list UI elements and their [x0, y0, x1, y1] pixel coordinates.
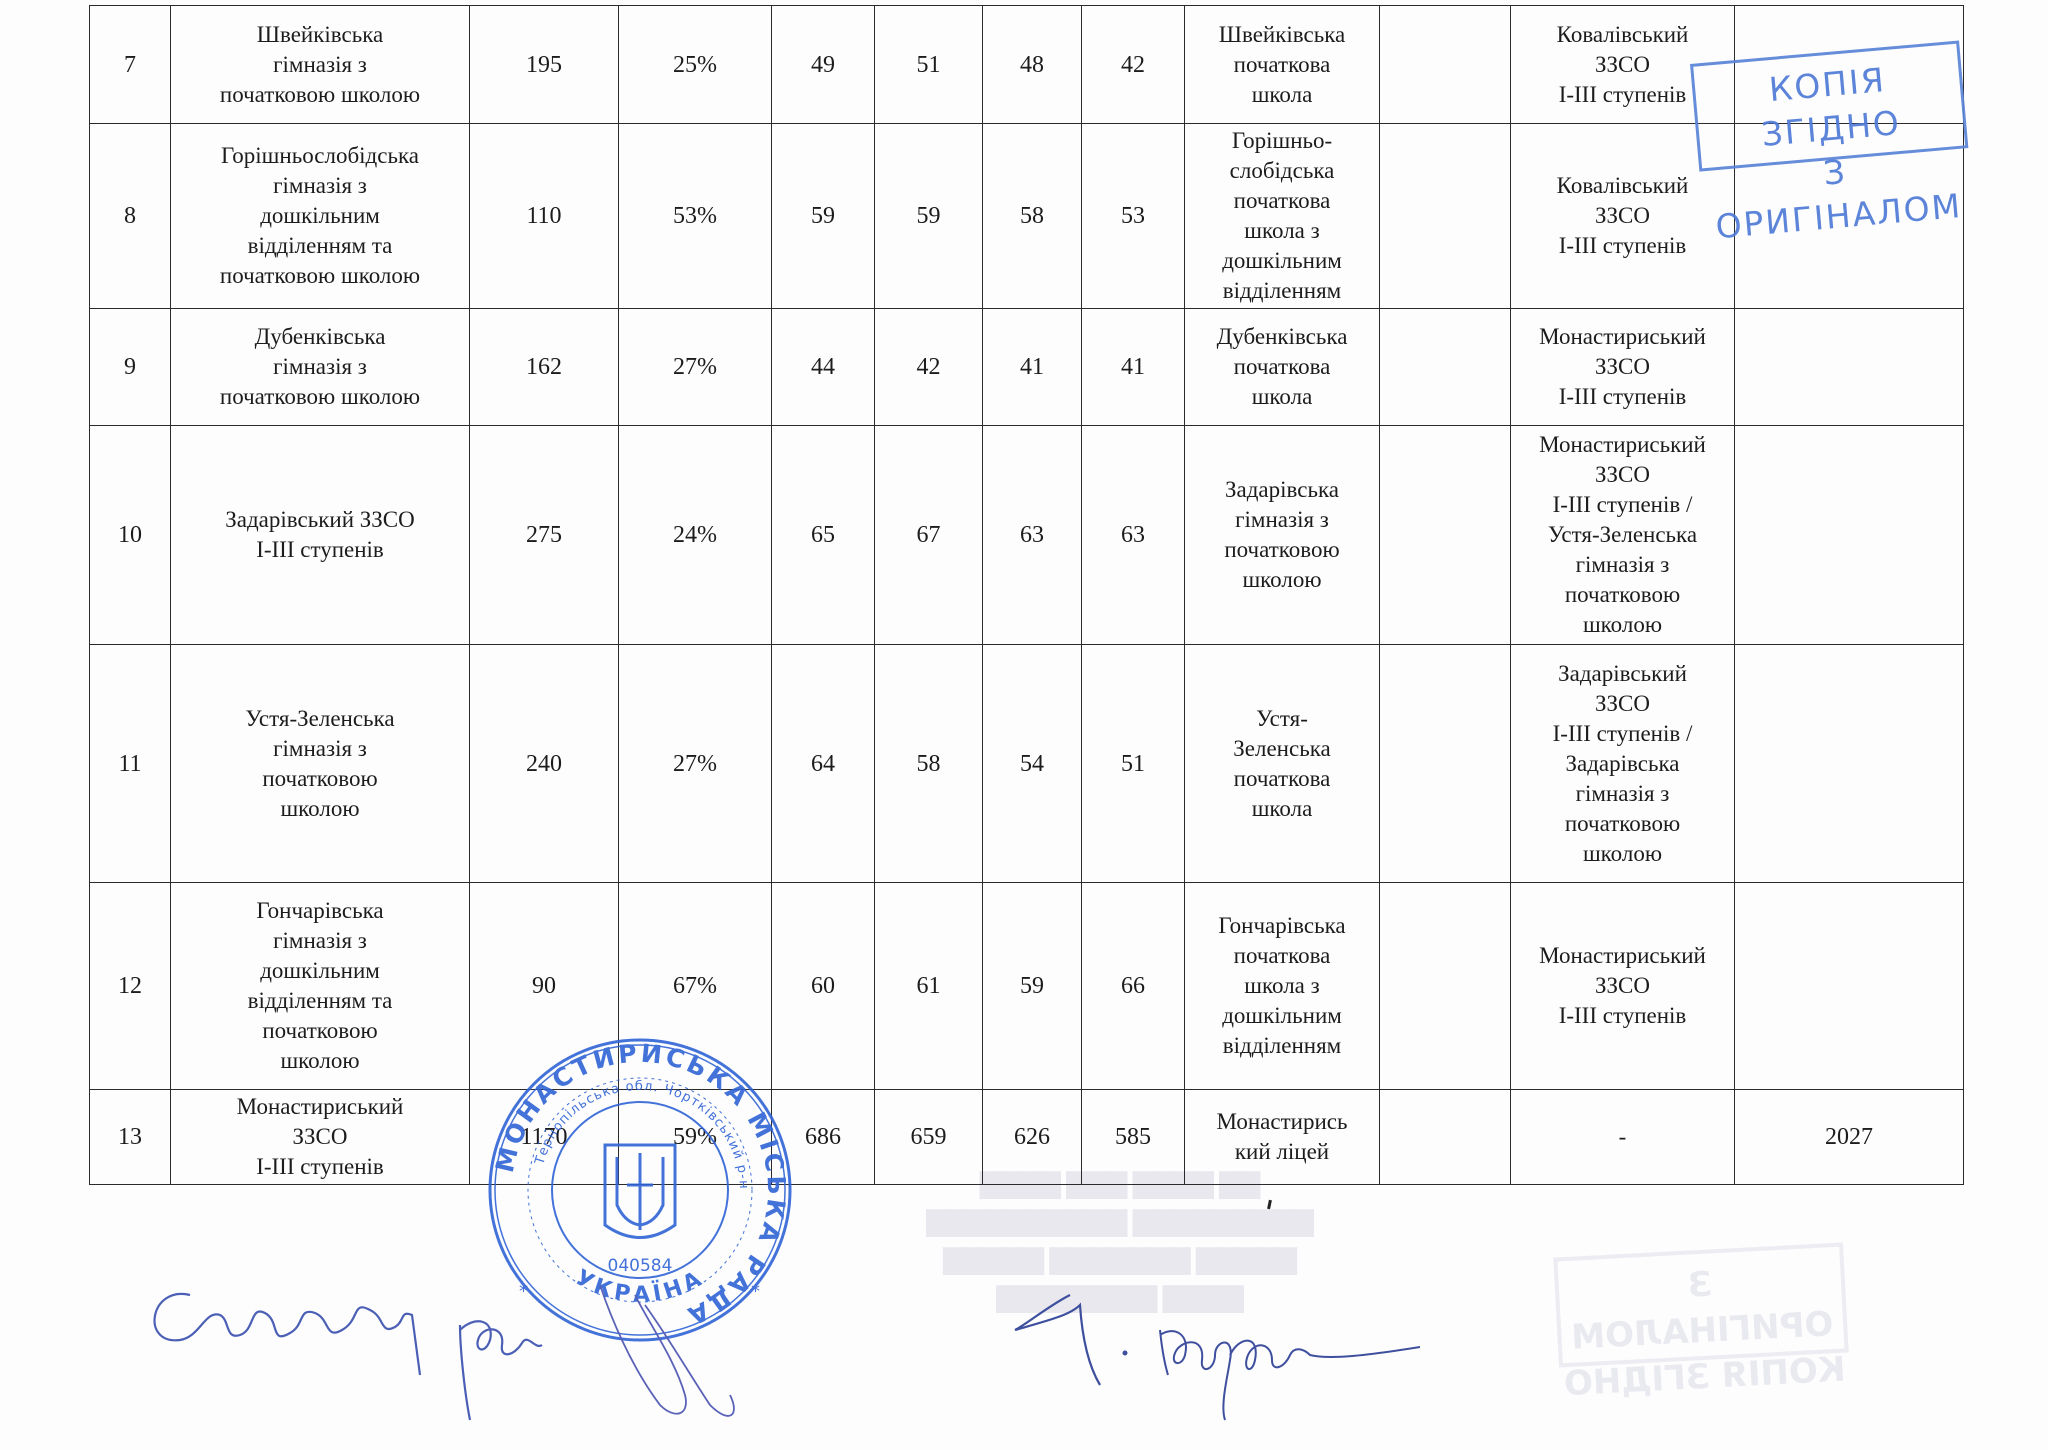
occupancy-rate: 24% — [619, 426, 772, 645]
empty-cell — [1380, 426, 1511, 645]
receiving-school: Монастириський ЗЗСО I-III ступенів — [1511, 883, 1735, 1090]
scanned-page: ▇▇ ▇▇▇▇ ▇▇▇ ▇▇▇▇▇▇▇▇▇▇▇▇▇ ▇▇▇▇▇▇▇▇▇▇▇▇▇▇… — [0, 0, 2048, 1450]
students-year-3: 48 — [983, 6, 1082, 124]
students-year-4: 585 — [1082, 1090, 1185, 1185]
new-institution-type: Швейківська початкова школа — [1185, 6, 1380, 124]
students-year-3: 41 — [983, 309, 1082, 426]
table-row: 12Гончарівська гімназія з дошкільним від… — [90, 883, 1964, 1090]
schools-reorganization-table: 7Швейківська гімназія з початковою школо… — [89, 5, 1964, 1185]
empty-cell — [1380, 124, 1511, 309]
new-institution-type: Устя- Зеленська початкова школа — [1185, 645, 1380, 883]
receiving-school: Монастириський ЗЗСО I-III ступенів / Уст… — [1511, 426, 1735, 645]
students-year-2: 59 — [875, 124, 983, 309]
empty-cell — [1380, 309, 1511, 426]
new-institution-type: Гончарівська початкова школа з дошкільни… — [1185, 883, 1380, 1090]
occupancy-rate: 27% — [619, 309, 772, 426]
table-row: 8Горішньослобідська гімназія з дошкільни… — [90, 124, 1964, 309]
reorganization-year — [1735, 645, 1964, 883]
students-year-3: 59 — [983, 883, 1082, 1090]
institution-name: Гончарівська гімназія з дошкільним відді… — [171, 883, 470, 1090]
row-number: 10 — [90, 426, 171, 645]
ghost-stamp-line-1: З ОРИГІНАЛОМ — [1558, 1255, 1844, 1362]
reverse-side-stamp-ghost: З ОРИГІНАЛОМ КОПІЯ ЗГІДНО — [1553, 1242, 1848, 1367]
signature-left — [130, 1255, 830, 1425]
table-row: 9Дубенківська гімназія з початковою школ… — [90, 309, 1964, 426]
students-year-2: 61 — [875, 883, 983, 1090]
institution-name: Горішньослобідська гімназія з дошкільним… — [171, 124, 470, 309]
row-number: 8 — [90, 124, 171, 309]
row-number: 9 — [90, 309, 171, 426]
students-year-3: 63 — [983, 426, 1082, 645]
occupancy-rate: 25% — [619, 6, 772, 124]
table-row: 13Монастириський ЗЗСО I-III ступенів1170… — [90, 1090, 1964, 1185]
institution-name: Задарівський ЗЗСО I-III ступенів — [171, 426, 470, 645]
students-year-1: 65 — [772, 426, 875, 645]
new-institution-type: Дубенківська початкова школа — [1185, 309, 1380, 426]
students-year-1: 59 — [772, 124, 875, 309]
table-row: 11Устя-Зеленська гімназія з початковою ш… — [90, 645, 1964, 883]
trident-icon — [605, 1145, 675, 1238]
occupancy-rate: 53% — [619, 124, 772, 309]
design-capacity: 195 — [470, 6, 619, 124]
reorganization-year — [1735, 883, 1964, 1090]
students-year-2: 42 — [875, 309, 983, 426]
row-number: 13 — [90, 1090, 171, 1185]
institution-name: Дубенківська гімназія з початковою школо… — [171, 309, 470, 426]
signature-right — [1010, 1275, 1430, 1425]
new-institution-type: Задарівська гімназія з початковою школою — [1185, 426, 1380, 645]
table-row: 7Швейківська гімназія з початковою школо… — [90, 6, 1964, 124]
design-capacity: 162 — [470, 309, 619, 426]
empty-cell — [1380, 883, 1511, 1090]
students-year-3: 626 — [983, 1090, 1082, 1185]
reorganization-year — [1735, 426, 1964, 645]
design-capacity: 110 — [470, 124, 619, 309]
institution-name: Монастириський ЗЗСО I-III ступенів — [171, 1090, 470, 1185]
new-institution-type: Горішньо- слобідська початкова школа з д… — [1185, 124, 1380, 309]
row-number: 11 — [90, 645, 171, 883]
students-year-4: 51 — [1082, 645, 1185, 883]
students-year-3: 58 — [983, 124, 1082, 309]
students-year-1: 49 — [772, 6, 875, 124]
receiving-school: - — [1511, 1090, 1735, 1185]
students-year-4: 53 — [1082, 124, 1185, 309]
students-year-1: 44 — [772, 309, 875, 426]
students-year-2: 659 — [875, 1090, 983, 1185]
design-capacity: 240 — [470, 645, 619, 883]
students-year-2: 51 — [875, 6, 983, 124]
students-year-3: 54 — [983, 645, 1082, 883]
empty-cell — [1380, 6, 1511, 124]
design-capacity: 275 — [470, 426, 619, 645]
reorganization-year — [1735, 309, 1964, 426]
reorganization-year: 2027 — [1735, 1090, 1964, 1185]
students-year-4: 66 — [1082, 883, 1185, 1090]
receiving-school: Монастириський ЗЗСО I-III ступенів — [1511, 309, 1735, 426]
institution-name: Швейківська гімназія з початковою школою — [171, 6, 470, 124]
row-number: 7 — [90, 6, 171, 124]
students-year-2: 58 — [875, 645, 983, 883]
students-year-4: 42 — [1082, 6, 1185, 124]
table-row: 10Задарівський ЗЗСО I-III ступенів27524%… — [90, 426, 1964, 645]
students-year-4: 41 — [1082, 309, 1185, 426]
empty-cell — [1380, 645, 1511, 883]
new-institution-type: Монастирись кий ліцей — [1185, 1090, 1380, 1185]
empty-cell — [1380, 1090, 1511, 1185]
receiving-school: Задарівський ЗЗСО I-III ступенів / Задар… — [1511, 645, 1735, 883]
students-year-1: 64 — [772, 645, 875, 883]
students-year-2: 67 — [875, 426, 983, 645]
row-number: 12 — [90, 883, 171, 1090]
students-year-4: 63 — [1082, 426, 1185, 645]
certified-copy-stamp: КОПІЯ ЗГІДНО З ОРИГІНАЛОМ — [1690, 40, 1968, 171]
occupancy-rate: 27% — [619, 645, 772, 883]
institution-name: Устя-Зеленська гімназія з початковою шко… — [171, 645, 470, 883]
